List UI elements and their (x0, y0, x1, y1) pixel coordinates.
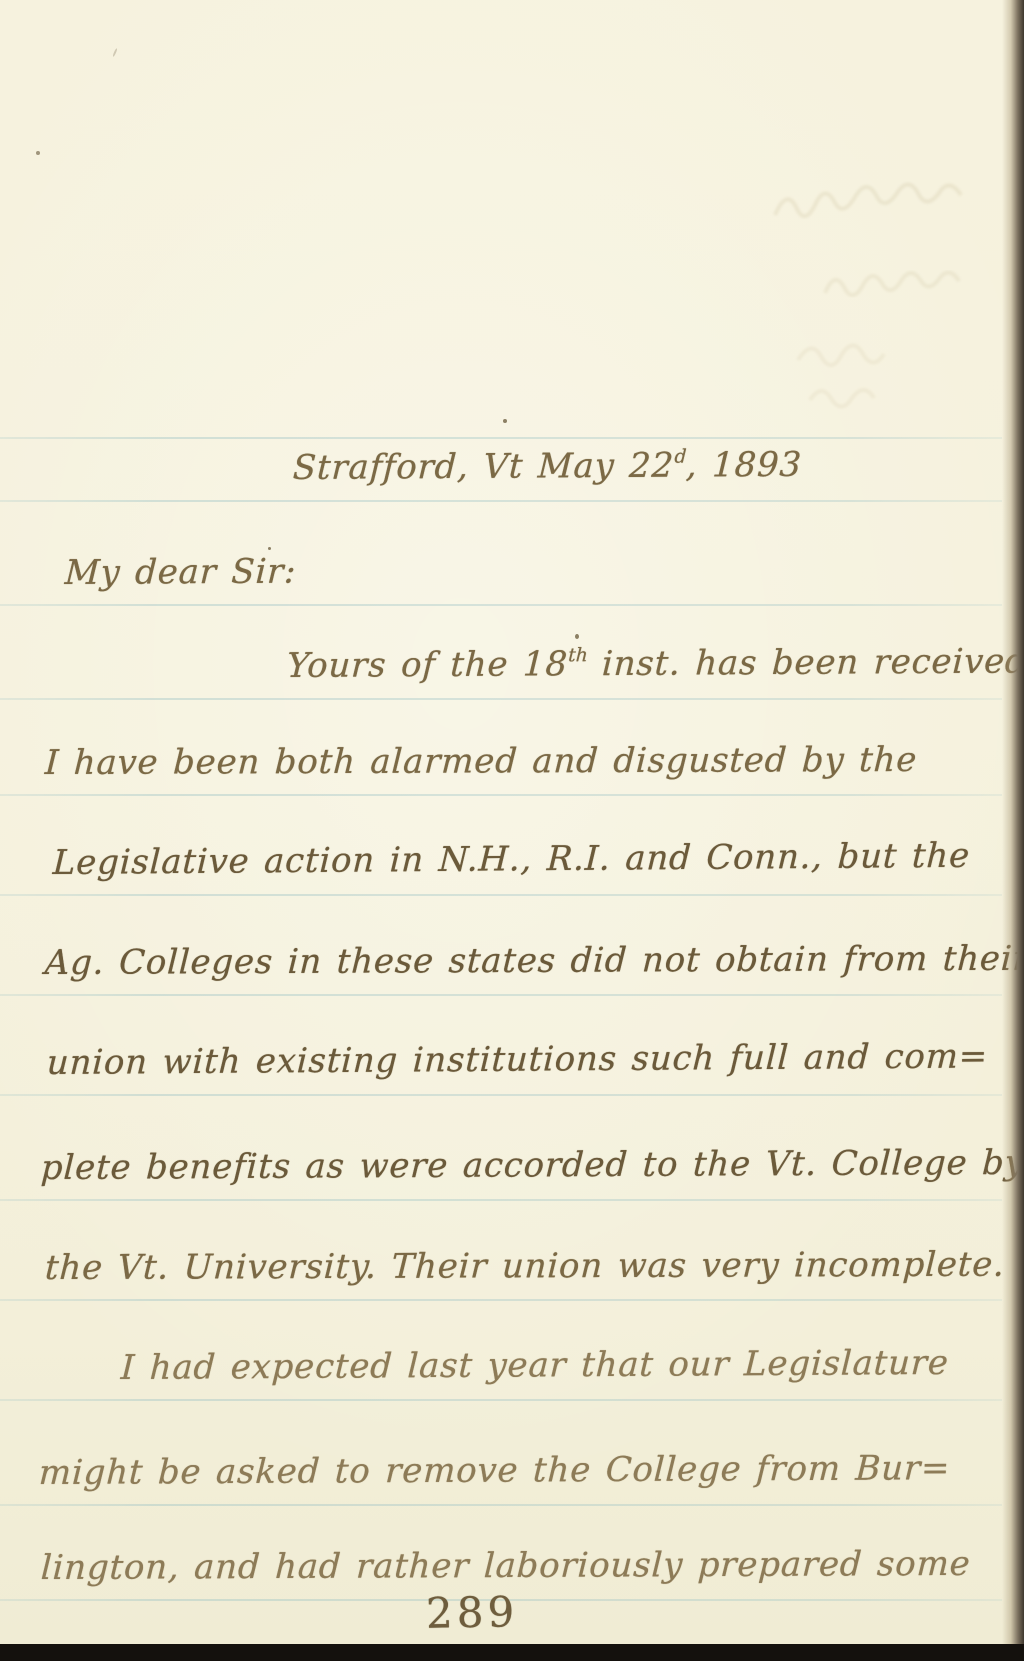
ruled-line (0, 1399, 1002, 1401)
ruled-line (0, 1299, 1002, 1301)
letter-line-opening: Yours of the 18th inst. has been receive… (286, 641, 1024, 686)
scan-edge-bottom (0, 1644, 1024, 1661)
letter-line: plete benefits as were accorded to the V… (40, 1143, 1024, 1188)
letter-line: I have been both alarmed and disgusted b… (44, 740, 918, 783)
scan-edge-right (1002, 0, 1024, 1661)
letter-line: union with existing institutions such fu… (46, 1036, 989, 1083)
ruled-line (0, 604, 1002, 606)
bleed-through-mark (790, 330, 940, 420)
ruled-line (0, 1094, 1002, 1096)
ink-speck (575, 634, 579, 639)
ruled-line (0, 698, 1002, 700)
page-number: 289 (426, 1587, 519, 1638)
opening-ordinal-superscript: th (568, 645, 589, 666)
letter-line: Ag. Colleges in these states did not obt… (44, 939, 1024, 983)
dateline-place-day: Strafford, Vt May 22 (292, 446, 675, 488)
letter-line: Legislative action in N.H., R.I. and Con… (52, 836, 971, 883)
opening-text-rest: inst. has been received. (587, 641, 1024, 684)
ink-speck (268, 547, 271, 550)
ink-speck (112, 48, 117, 57)
ink-speck (503, 419, 507, 423)
dateline: Strafford, Vt May 22d, 1893 (292, 445, 803, 488)
ink-speck (36, 151, 40, 155)
ruled-line (0, 994, 1002, 996)
salutation: My dear Sir: (64, 552, 297, 593)
dateline-ordinal-superscript: d (674, 447, 687, 468)
dateline-year: , 1893 (685, 445, 803, 486)
ruled-line (0, 437, 1002, 439)
ruled-line (0, 794, 1002, 796)
bleed-through-mark (770, 170, 1000, 240)
ruled-line (0, 894, 1002, 896)
letter-line: I had expected last year that our Legisl… (120, 1343, 950, 1388)
letter-page: Strafford, Vt May 22d, 1893 My dear Sir:… (0, 0, 1024, 1661)
bleed-through-mark (820, 255, 1000, 315)
letter-line: might be asked to remove the College fro… (38, 1448, 951, 1493)
opening-text: Yours of the 18 (286, 644, 569, 686)
letter-line: lington, and had rather laboriously prep… (40, 1544, 972, 1588)
ruled-line (0, 1504, 1002, 1506)
letter-line: the Vt. University. Their union was very… (44, 1245, 1006, 1288)
ruled-line (0, 500, 1002, 502)
ruled-line (0, 1199, 1002, 1201)
